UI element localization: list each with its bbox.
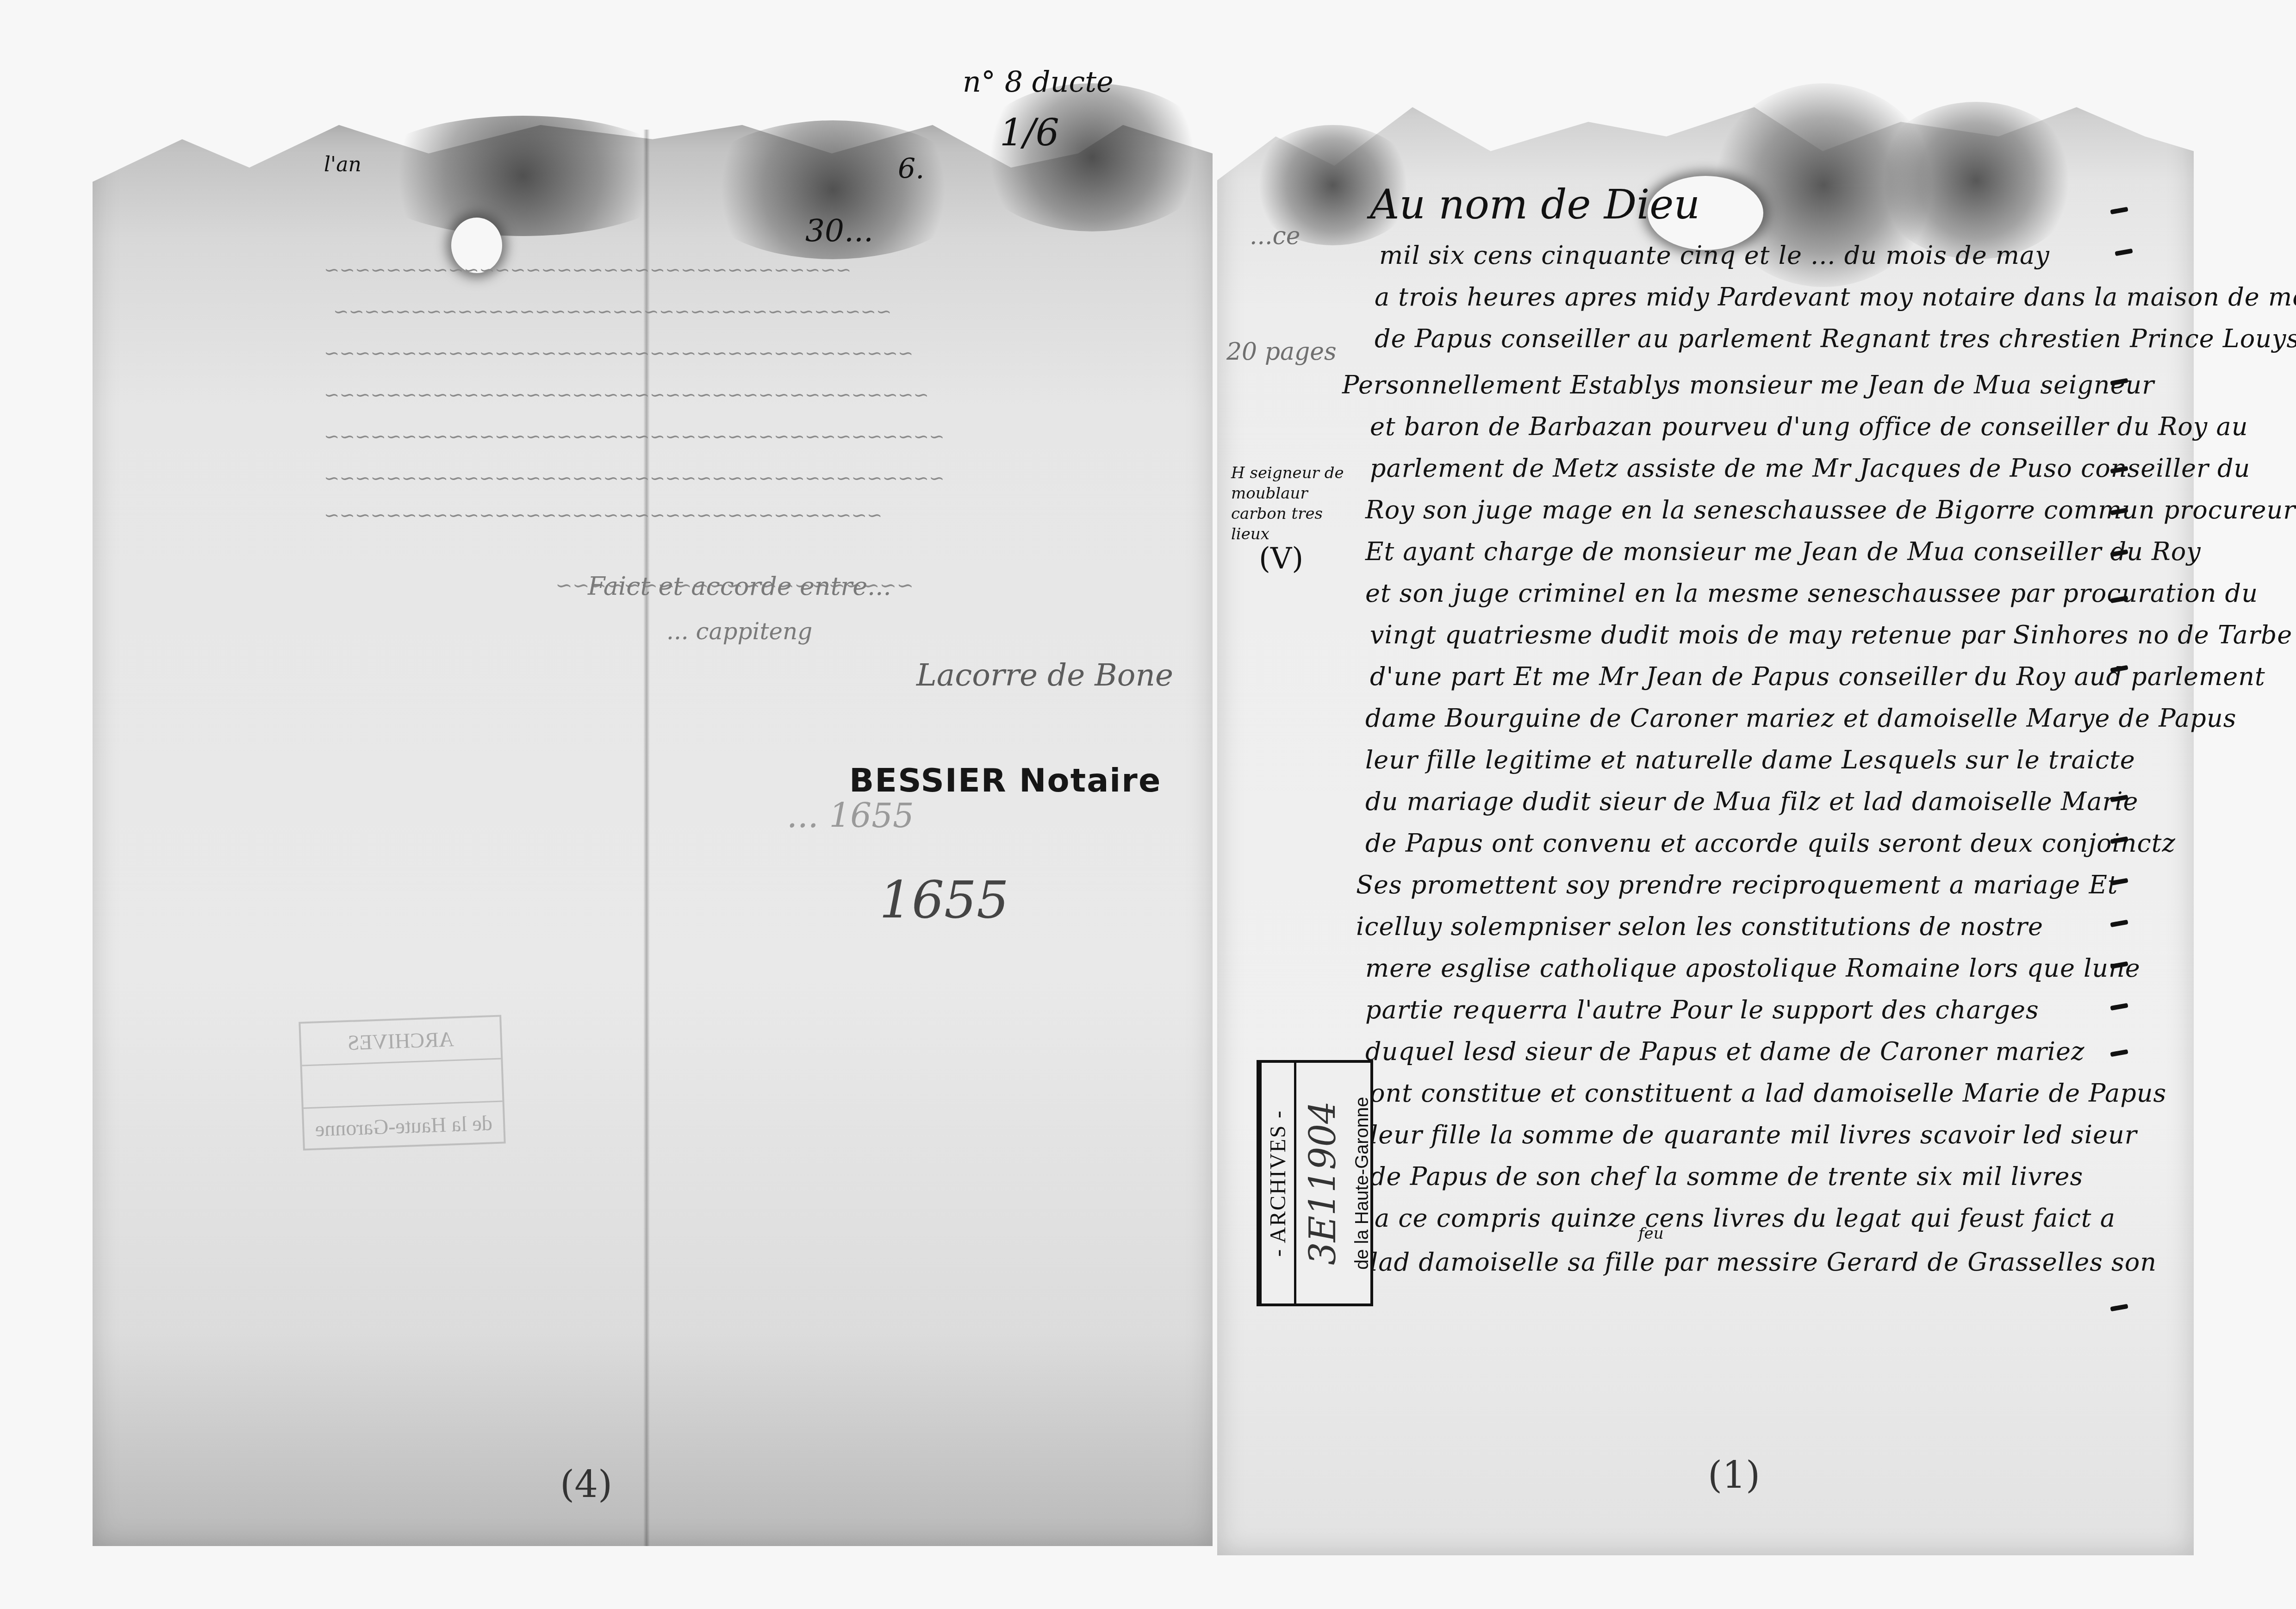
manuscript-line: icelluy solempniser selon les constituti… (1356, 912, 2043, 941)
manuscript-line: de Papus de son chef la somme de trente … (1370, 1162, 2083, 1191)
docket-mark: 30... (805, 213, 873, 249)
manuscript-line: et son juge criminel en la mesme senesch… (1365, 579, 2258, 608)
manuscript-line: vingt quatriesme dudit mois de may reten… (1370, 620, 2292, 649)
bleed-through-text: ~~~~~~~~~~~~~~~~~~~~~~~~~~~~~~~~~~~~~~~~ (324, 426, 945, 447)
faded-signature: ... 1655 (787, 796, 914, 835)
manuscript-line: et baron de Barbazan pourveu d'ung offic… (1370, 412, 2248, 441)
faded-name: Lacorre de Bone (916, 657, 1173, 693)
manuscript-line: Roy son juge mage en la seneschaussee de… (1365, 495, 2296, 524)
bleed-through-text: ~~~~~~~~~~~~~~~~~~~~~~~~~~~~~~~~~~~~ (333, 301, 892, 322)
manuscript-line: duquel lesd sieur de Papus et dame de Ca… (1365, 1037, 2085, 1066)
manuscript-line: ont constitue et constituent a lad damoi… (1370, 1079, 2166, 1108)
notary-stamp: BESSIER Notaire (849, 761, 1161, 799)
margin-word: l'an (324, 153, 361, 176)
manuscript-line: d'une part Et me Mr Jean de Papus consei… (1370, 662, 2265, 691)
archive-stamp-reference: 3E11904 (1294, 1063, 1350, 1303)
manuscript-body: mil six cens cinquante cinq et le ... du… (1314, 218, 2147, 1352)
manuscript-line: Ses promettent soy prendre reciproquemen… (1356, 870, 2118, 899)
manuscript-line: du mariage dudit sieur de Mua filz et la… (1365, 787, 2139, 816)
archive-stamp: - ARCHIVES - 3E11904 de la Haute-Garonne (1257, 1060, 1373, 1306)
margin-note-top: ...ce (1250, 222, 1300, 250)
manuscript-line: dame Bourguine de Caroner mariez et damo… (1365, 704, 2236, 733)
manuscript-line: partie requerra l'autre Pour le support … (1365, 995, 2039, 1024)
manuscript-line: mere esglise catholique apostolique Roma… (1365, 954, 2140, 983)
page-number-right: (1) (1708, 1453, 1760, 1497)
manuscript-line: lad damoiselle sa fille par messire Gera… (1370, 1247, 2157, 1277)
archive-stamp-department: de la Haute-Garonne (1350, 1063, 1375, 1303)
burn-damage (972, 83, 1213, 231)
manuscript-line: leur fille la somme de quarante mil livr… (1370, 1120, 2137, 1149)
left-page (93, 125, 1213, 1546)
manuscript-line: a ce compris quinze cens livres du legat… (1375, 1204, 2116, 1233)
bleed-through-text: ~~~~~~~~~~~~~~~~~~~~~~~~~~~~~~~~~~ (324, 259, 852, 281)
bleed-through-archive-stamp: ARCHIVES de la Haute-Garonne (299, 1015, 505, 1150)
bleed-through-text: ~~~~~~~~~~~~~~~~~~~~~~~~~~~~~~~~~~~~~~~~ (324, 468, 945, 489)
top-note: n° 8 ducte (963, 65, 1114, 99)
bleed-through-text: ~~~~~~~~~~~~~~~~~~~~~~~~~~~~~~~~~~~~~~ (324, 343, 914, 364)
docket-line-2: ... cappiteng (666, 618, 812, 645)
manuscript-line: a trois heures apres midy Pardevant moy … (1375, 282, 2296, 312)
ghost-stamp-reference (302, 1060, 503, 1109)
corner-number: 6. (898, 153, 924, 185)
year-annotation: 1655 (879, 870, 1009, 929)
manuscript-line: de Papus ont convenu et accorde quils se… (1365, 829, 2176, 858)
burn-damage (361, 116, 685, 236)
manuscript-line: de Papus conseiller au parlement Regnant… (1375, 324, 2296, 353)
ghost-stamp-title: ARCHIVES (300, 1017, 501, 1066)
superscript-note: feu (1638, 1224, 1664, 1243)
page-number-left: (4) (560, 1463, 612, 1506)
ghost-stamp-department: de la Haute-Garonne (304, 1102, 504, 1150)
manuscript-line: Et ayant charge de monsieur me Jean de M… (1365, 537, 2201, 566)
docket-line-1: Faict et accorde entre... (588, 572, 891, 601)
manuscript-line: mil six cens cinquante cinq et le ... du… (1379, 241, 2050, 270)
bleed-through-text: ~~~~~~~~~~~~~~~~~~~~~~~~~~~~~~~~~~~~ (324, 505, 883, 526)
manuscript-line: leur fille legitime et naturelle dame Le… (1365, 745, 2135, 774)
bleed-through-text: ~~~~~~~~~~~~~~~~~~~~~~~~~~~~~~~~~~~~~~~ (324, 384, 929, 405)
margin-marker: (V) (1259, 542, 1303, 576)
folio-fraction: 1/6 (1000, 111, 1059, 154)
manuscript-line: Personnellement Establys monsieur me Jea… (1342, 370, 2154, 399)
archive-stamp-title: - ARCHIVES - (1259, 1063, 1294, 1303)
page-fold-line (643, 130, 650, 1546)
